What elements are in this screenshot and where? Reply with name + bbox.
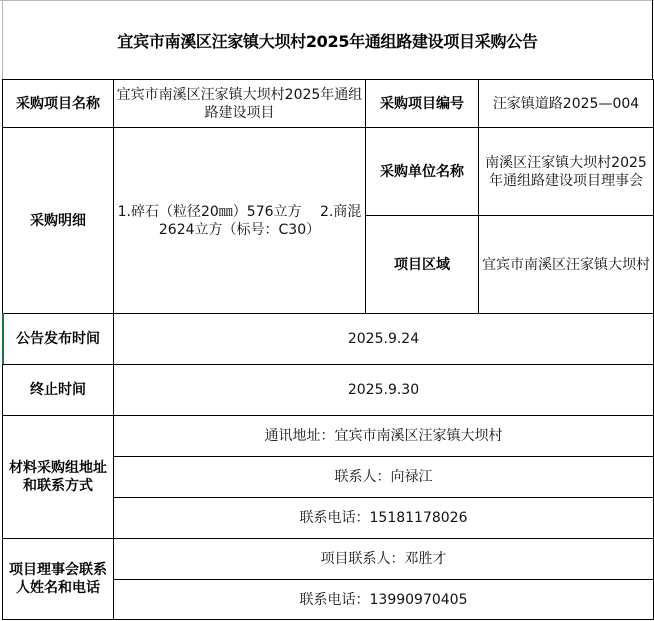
row-purchase-unit: 采购明细 1.碎石（粒径20㎜）576立方 2.商混2624立方（标号：C30）…	[3, 128, 654, 216]
row-publish-time: 公告发布时间 2025.9.24	[3, 314, 654, 365]
publish-time-value[interactable]: 2025.9.24	[114, 314, 654, 365]
project-area-value[interactable]: 宜宾市南溪区汪家镇大坝村	[479, 216, 654, 314]
notice-table: 采购项目名称 宜宾市南溪区汪家镇大坝村2025年通组路建设项目 采购项目编号 汪…	[2, 79, 654, 620]
council-phone[interactable]: 联系电话：13990970405	[114, 580, 654, 620]
detail-value[interactable]: 1.碎石（粒径20㎜）576立方 2.商混2624立方（标号：C30）	[114, 128, 366, 314]
deadline-label[interactable]: 终止时间	[3, 365, 114, 416]
active-cell-indicator	[2, 313, 4, 364]
project-name-label[interactable]: 采购项目名称	[3, 80, 114, 128]
project-code-label[interactable]: 采购项目编号	[366, 80, 479, 128]
material-address[interactable]: 通讯地址：宜宾市南溪区汪家镇大坝村	[114, 416, 654, 457]
row-project-name: 采购项目名称 宜宾市南溪区汪家镇大坝村2025年通组路建设项目 采购项目编号 汪…	[3, 80, 654, 128]
project-area-label[interactable]: 项目区域	[366, 216, 479, 314]
sheet-border-right	[652, 0, 653, 79]
material-phone[interactable]: 联系电话：15181178026	[114, 498, 654, 539]
council-contact[interactable]: 项目联系人：邓胜才	[114, 539, 654, 580]
purchase-unit-label[interactable]: 采购单位名称	[366, 128, 479, 216]
row-material-address: 材料采购组地址和联系方式 通讯地址：宜宾市南溪区汪家镇大坝村	[3, 416, 654, 457]
deadline-value[interactable]: 2025.9.30	[114, 365, 654, 416]
row-council-contact: 项目理事会联系人姓名和电话 项目联系人：邓胜才	[3, 539, 654, 580]
detail-label[interactable]: 采购明细	[3, 128, 114, 314]
purchase-unit-value[interactable]: 南溪区汪家镇大坝村2025年通组路建设项目理事会	[479, 128, 654, 216]
material-contact[interactable]: 联系人：向禄江	[114, 457, 654, 498]
project-code-value[interactable]: 汪家镇道路2025—004	[479, 80, 654, 128]
row-deadline: 终止时间 2025.9.30	[3, 365, 654, 416]
project-name-value[interactable]: 宜宾市南溪区汪家镇大坝村2025年通组路建设项目	[114, 80, 366, 128]
publish-time-label[interactable]: 公告发布时间	[3, 314, 114, 365]
council-label[interactable]: 项目理事会联系人姓名和电话	[3, 539, 114, 620]
notice-title[interactable]: 宜宾市南溪区汪家镇大坝村2025年通组路建设项目采购公告	[3, 1, 652, 79]
material-group-label[interactable]: 材料采购组地址和联系方式	[3, 416, 114, 539]
